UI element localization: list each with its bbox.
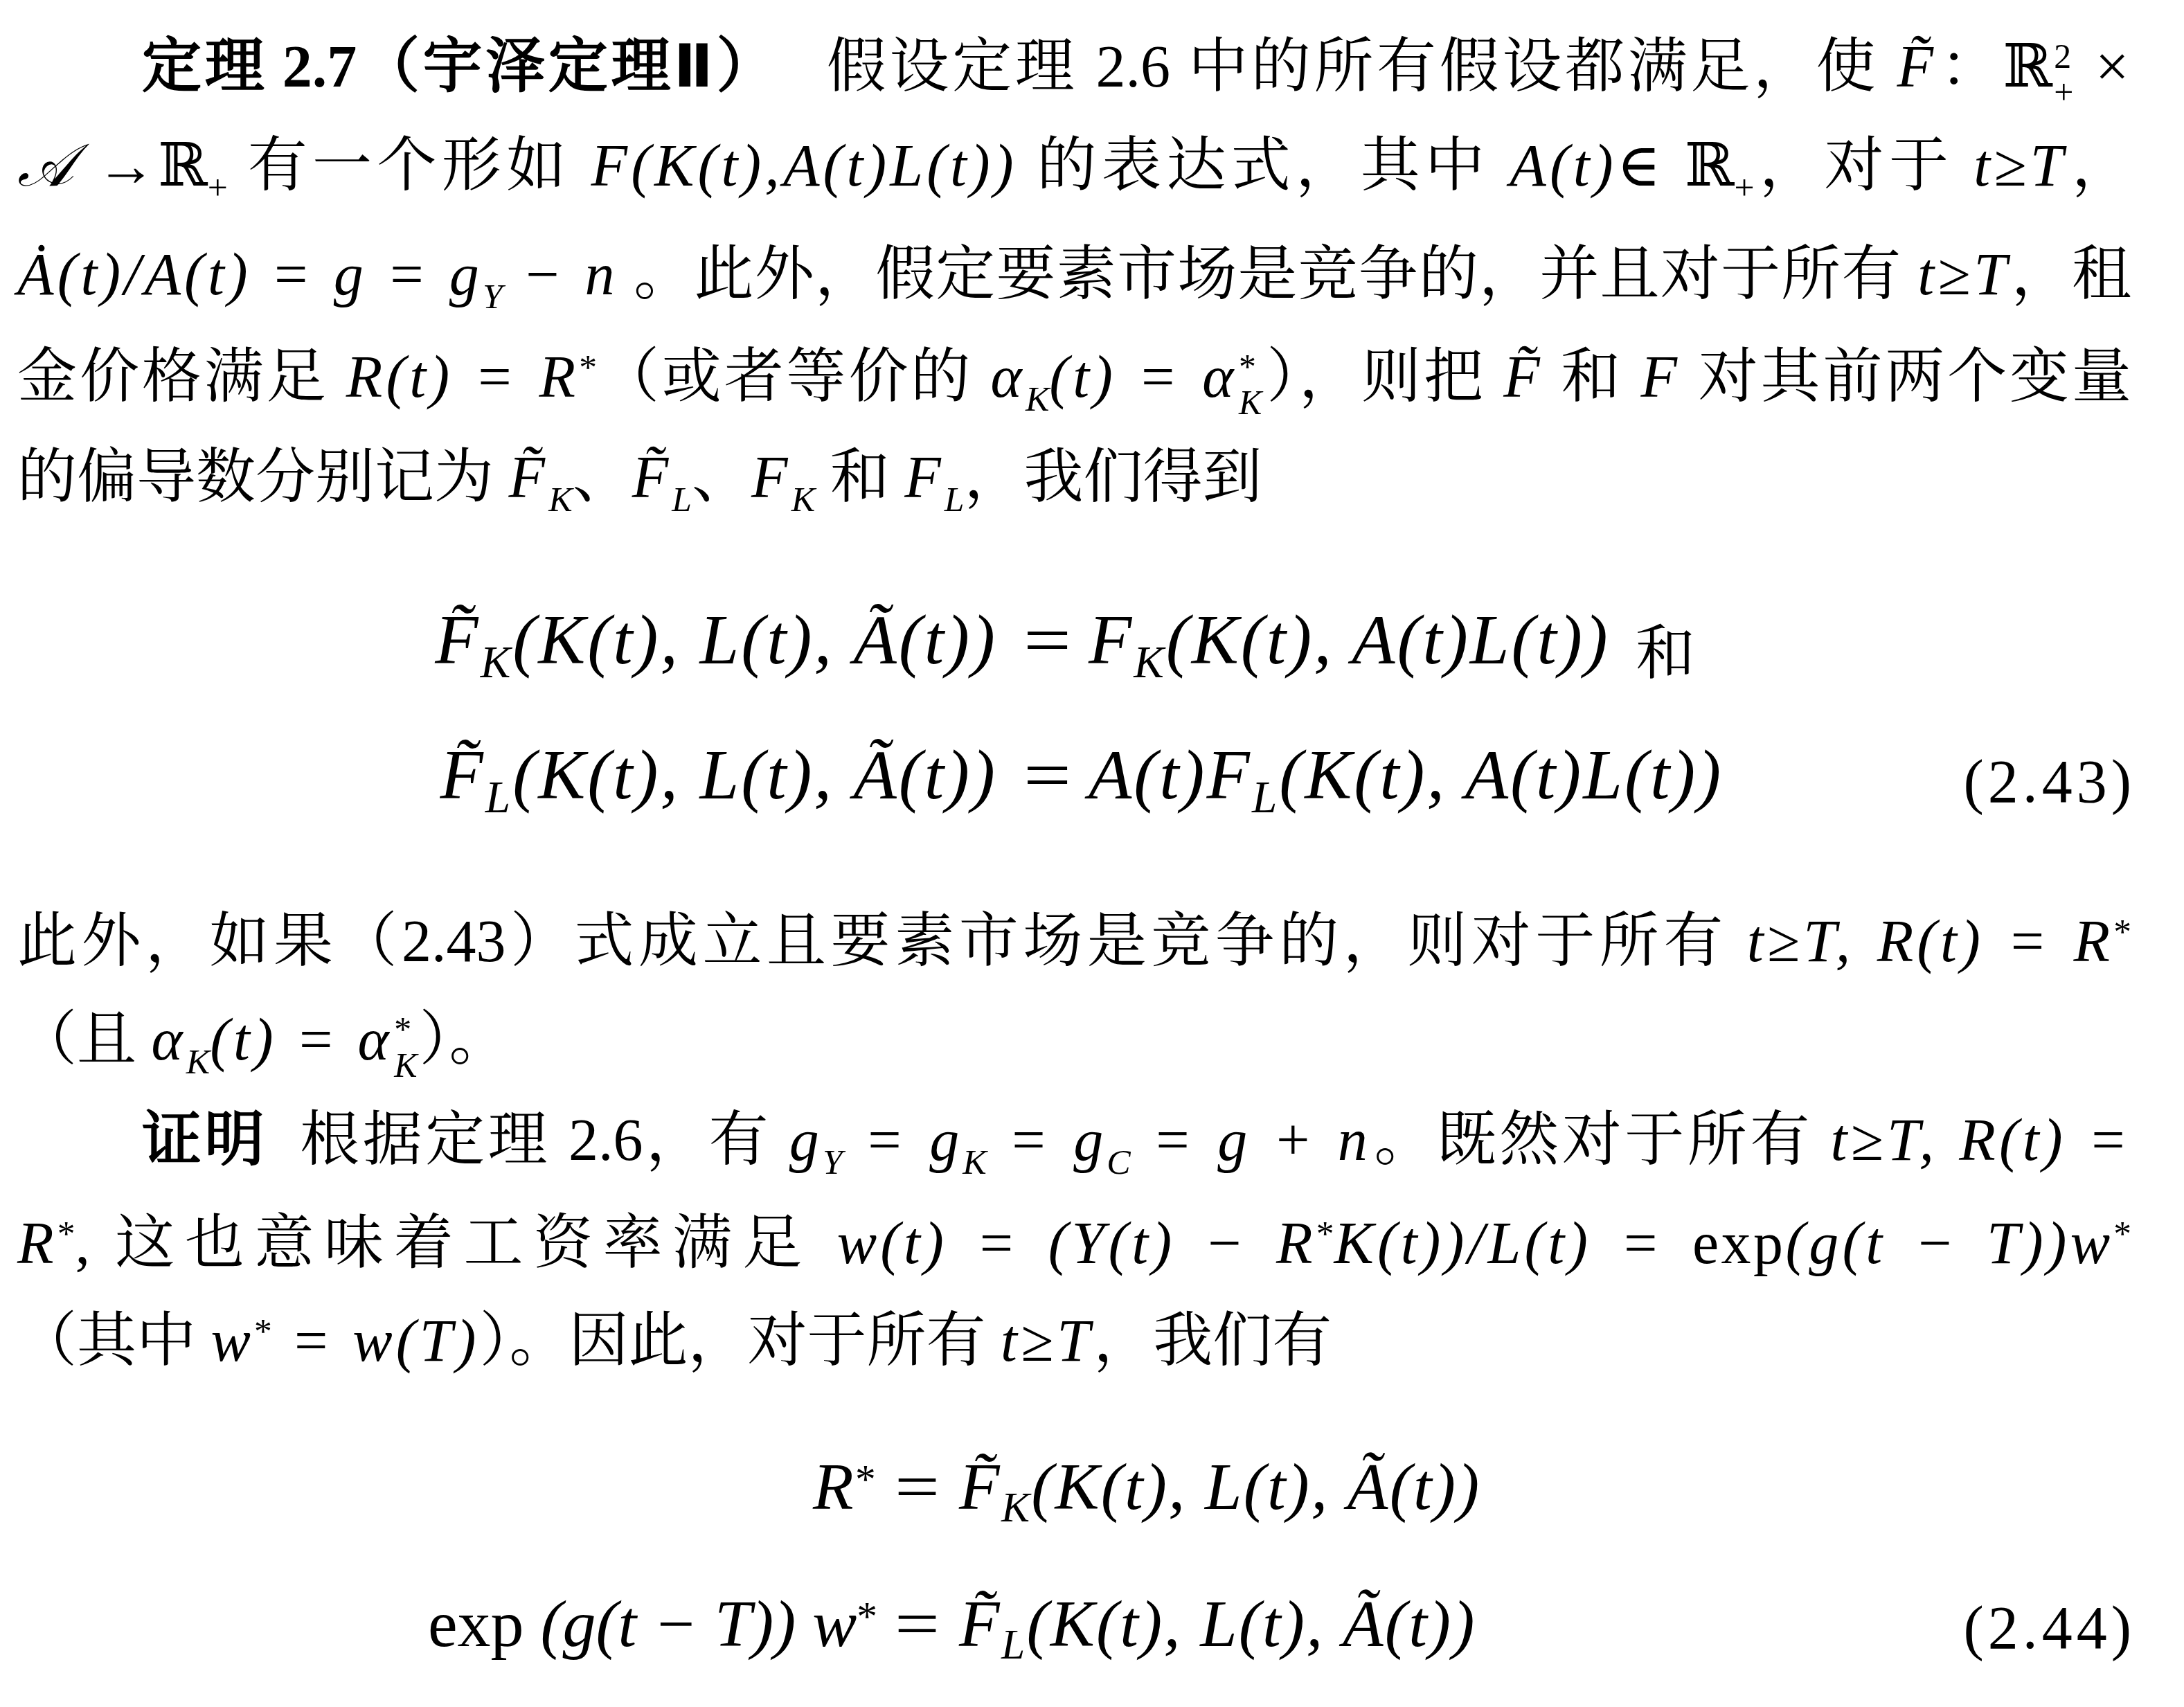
math-expression: t≥T [1001, 1307, 1093, 1374]
remark-line-2: （且 αK(t) = α*K）。 [17, 1005, 2131, 1084]
math-superscript: * [57, 1214, 75, 1253]
proof-line-3: （其中 w* = w(T)）。因此，对于所有 t≥T，我们有 [17, 1306, 2131, 1375]
math-sup-sub-stack: 2+ [2054, 39, 2075, 111]
theorem-line-4: 金价格满足 R(t) = R*（或者等价的 αK(t) = α*K），则把 F̃… [17, 342, 2131, 421]
equation-lhs: F̃K(K(t), L(t), Ã(t)) [435, 599, 997, 682]
math-f-tilde: F̃ [632, 444, 672, 510]
math-expression: t≥T [1973, 132, 2066, 199]
math-r: R [813, 1449, 855, 1523]
math-f: F [1089, 601, 1134, 679]
math-f-tilde: F̃ [1503, 343, 1543, 410]
equals-sign: = [895, 1445, 942, 1528]
math-superscript: * [2113, 912, 2131, 951]
text-segment: 金价格满足 [17, 343, 346, 410]
text-segment: 和 [815, 444, 904, 510]
math-subscript: Y [483, 277, 503, 316]
equation-rhs: A(t)FL(K(t), A(t)L(t)) [1089, 734, 1723, 817]
math-expression: Ȧ(t)/A(t) = g = g [17, 241, 483, 307]
text-segment: 。既然对于所有 [1371, 1107, 1831, 1173]
math-arguments: (K(t), A(t)L(t)) [1166, 601, 1610, 679]
theorem-label-word: 定理 [142, 32, 267, 101]
math-expression: t≥T [1917, 241, 2010, 307]
math-superscript: * [857, 1593, 877, 1639]
math-subscript: C [1107, 1143, 1130, 1182]
math-subscript: K [548, 480, 572, 519]
math-arguments: (K(t), A(t)L(t)) [1279, 736, 1723, 814]
text-segment: 、 [692, 444, 751, 510]
math-superscript: * [254, 1312, 272, 1351]
text-segment: 根据定理 2.6，有 [300, 1107, 789, 1173]
theorem-line-3: Ȧ(t)/A(t) = g = gY − n 。此外，假定要素市场是竞争的，并且… [17, 240, 2131, 309]
math-expression: − n [503, 241, 618, 307]
math-script-a: 𝒜 [17, 131, 73, 200]
proof-line-2: R*, 这也意味着工资率满足 w(t) = (Y(t) − R*K(t))/L(… [17, 1208, 2131, 1278]
equation-2-44-row-1: R* = F̃K(K(t), L(t), Ã(t)) [0, 1445, 2184, 1528]
math-r: R [17, 1210, 57, 1276]
math-subscript: L [485, 773, 512, 823]
equation-rhs: FK(K(t), A(t)L(t)) [1089, 599, 1610, 682]
proof-label: 证明 [142, 1105, 267, 1174]
math-superscript: * [579, 348, 597, 387]
math-expression: (g(t − T))w [1785, 1210, 2113, 1276]
math-expression: F(K(t),A(t)L(t)) [591, 132, 1017, 199]
math-a-times-f: A(t)F [1089, 736, 1252, 814]
math-expression: t≥T, R(t) = R [1747, 908, 2113, 974]
text-segment: 对其前两个变量 [1681, 343, 2131, 410]
math-arguments: (K(t), L(t), Ã(t)) [1031, 1449, 1480, 1523]
math-f: F [1641, 343, 1681, 410]
math-f: F [904, 444, 945, 510]
theorem-line-1: 定理2.7（宇泽定理Ⅱ）假设定理 2.6 中的所有假设都满足，使 F̃：ℝ2+ … [17, 32, 2131, 111]
text-segment: 此外，如果（2.43）式成立且要素市场是竞争的，则对于所有 [17, 908, 1747, 974]
math-arguments: (K(t), L(t), Ã(t)) [512, 736, 997, 814]
equals-sign: = [895, 1582, 942, 1665]
math-f-tilde: F̃ [959, 1587, 1001, 1661]
text-segment: （且 [17, 1006, 152, 1073]
math-exp-operator: exp [428, 1587, 524, 1661]
math-real-numbers-symbol: ℝ [158, 131, 207, 200]
math-exp-operator: exp [1692, 1210, 1786, 1276]
math-sup-sub-stack: *K [394, 1012, 419, 1084]
math-sup-sub-stack: *K [1239, 349, 1264, 422]
text-segment: 。此外，假定要素市场是竞争的，并且对于所有 [618, 241, 1918, 307]
math-superscript: * [1316, 1214, 1334, 1253]
math-subscript: L [672, 480, 692, 519]
math-expression: = w(T) [272, 1307, 480, 1374]
math-f-tilde: F̃ [1897, 33, 1937, 100]
theorem-line-2: 𝒜 →ℝ+ 有一个形如 F(K(t),A(t)L(t)) 的表达式，其中 A(t… [17, 131, 2131, 200]
math-expression: A(t) [1510, 132, 1616, 199]
text-segment: ）。 [419, 1006, 508, 1073]
math-superscript: * [1239, 349, 1264, 385]
math-w: w [211, 1307, 255, 1374]
math-subscript: L [945, 480, 965, 519]
math-f-tilde: F̃ [509, 444, 549, 510]
math-expression: = g [987, 1107, 1107, 1173]
math-subscript: L [1252, 773, 1279, 823]
document-page: 定理2.7（宇泽定理Ⅱ）假设定理 2.6 中的所有假设都满足，使 F̃：ℝ2+ … [0, 0, 2184, 1707]
math-superscript: * [394, 1012, 419, 1048]
math-expression: (t) = α [1049, 343, 1237, 410]
math-arguments: (K(t), L(t), Ã(t)) [512, 601, 997, 679]
text-segment: , 这也意味着工资率满足 [75, 1210, 837, 1276]
math-alpha: α [152, 1006, 186, 1073]
math-f-tilde: F̃ [435, 601, 480, 679]
math-expression: (t) = α [210, 1006, 392, 1073]
math-subscript: + [2054, 75, 2075, 111]
math-superscript: * [2113, 1214, 2131, 1253]
math-expression: = g [843, 1107, 963, 1173]
text-segment: ，租 [2011, 241, 2131, 307]
equation-2-43-row-1: F̃K(K(t), L(t), Ã(t)) = FK(K(t), A(t)L(t… [0, 599, 2184, 682]
math-superscript: 2 [2054, 39, 2075, 75]
equation-2-44-row-2: exp (g(t − T)) w* = F̃L(K(t), L(t), Ã(t)… [0, 1582, 2184, 1665]
math-real-numbers-symbol: ℝ [2003, 32, 2052, 101]
math-expression: K(t))/L(t) = [1334, 1210, 1692, 1276]
math-arguments: (K(t), L(t), Ã(t)) [1026, 1587, 1476, 1661]
conjunction-text: 和 [1636, 612, 1695, 695]
math-expression: = g + n [1131, 1107, 1371, 1173]
equation-number-2-44: (2.44) [1963, 1587, 2136, 1670]
math-g: g [789, 1107, 823, 1173]
text-segment: ），则把 [1264, 343, 1503, 410]
equals-sign: = [1023, 734, 1074, 817]
equation-lhs: exp (g(t − T)) w* [428, 1582, 877, 1665]
math-subscript: + [1735, 168, 1755, 208]
math-expression: R(t) = R [346, 343, 579, 410]
math-f-tilde: F̃ [959, 1449, 1001, 1523]
math-subscript: K [481, 638, 513, 688]
math-subscript: K [394, 1048, 419, 1084]
math-subscript: K [1026, 379, 1049, 419]
text-segment: ，对于 [1755, 132, 1974, 199]
text-segment: 和 [1543, 343, 1641, 410]
math-f-tilde: F̃ [440, 736, 485, 814]
theorem-label-number: 2.7 [283, 33, 357, 100]
math-arrow-icon: → [73, 132, 158, 199]
text-segment: 的表达式，其中 [1017, 132, 1510, 199]
math-expression: t≥T, R(t) = [1831, 1107, 2131, 1173]
text-segment: ）。因此，对于所有 [479, 1307, 1001, 1374]
math-subscript: K [1134, 638, 1166, 688]
text-segment: 、 [573, 444, 632, 510]
text-segment: ，我们得到 [965, 444, 1262, 510]
math-expression: w(t) = (Y(t) − R [837, 1210, 1316, 1276]
equation-lhs: F̃L(K(t), L(t), Ã(t)) [440, 734, 997, 817]
text-segment: 的偏导数分别记为 [17, 444, 509, 510]
math-times-operator: × [2075, 33, 2131, 100]
math-subscript: K [186, 1042, 210, 1082]
math-alpha: α [991, 343, 1026, 410]
text-segment: ： [1937, 33, 2003, 100]
equation-number-2-43: (2.43) [1963, 741, 2136, 824]
equation-rhs: F̃L(K(t), L(t), Ã(t)) [959, 1582, 1476, 1665]
math-superscript: * [855, 1456, 877, 1502]
math-subscript: K [1001, 1484, 1031, 1531]
math-element-of-reals: ∈ ℝ [1617, 131, 1735, 200]
math-subscript: Y [823, 1143, 843, 1182]
math-subscript: K [1239, 385, 1264, 421]
text-segment: （其中 [17, 1307, 211, 1374]
proof-line-1: 证明根据定理 2.6，有 gY = gK = gC = g + n。既然对于所有… [17, 1105, 2131, 1174]
text-segment: （或者等价的 [597, 343, 991, 410]
equals-sign: = [1023, 599, 1074, 682]
equation-2-43-row-2: F̃L(K(t), L(t), Ã(t)) = A(t)FL(K(t), A(t… [0, 734, 2184, 817]
math-f: F [751, 444, 791, 510]
math-subscript: K [791, 480, 815, 519]
math-subscript: K [963, 1143, 986, 1182]
math-subscript: L [1001, 1621, 1026, 1668]
text-segment: 有一个形如 [228, 132, 591, 199]
theorem-label-name: （宇泽定理Ⅱ） [357, 32, 779, 101]
math-expression: (g(t − T)) w [523, 1587, 857, 1661]
text-segment: ， [2067, 132, 2131, 199]
remark-line-1: 此外，如果（2.43）式成立且要素市场是竞争的，则对于所有 t≥T, R(t) … [17, 906, 2131, 976]
theorem-line-5: 的偏导数分别记为 F̃K、F̃L、FK 和 FL，我们得到 [17, 443, 2131, 512]
text-segment: ，我们有 [1093, 1307, 1332, 1374]
text-segment: 假设定理 2.6 中的所有假设都满足，使 [827, 33, 1897, 100]
equation-lhs: R* [813, 1445, 877, 1528]
math-subscript: + [208, 168, 228, 208]
equation-rhs: F̃K(K(t), L(t), Ã(t)) [959, 1445, 1480, 1528]
